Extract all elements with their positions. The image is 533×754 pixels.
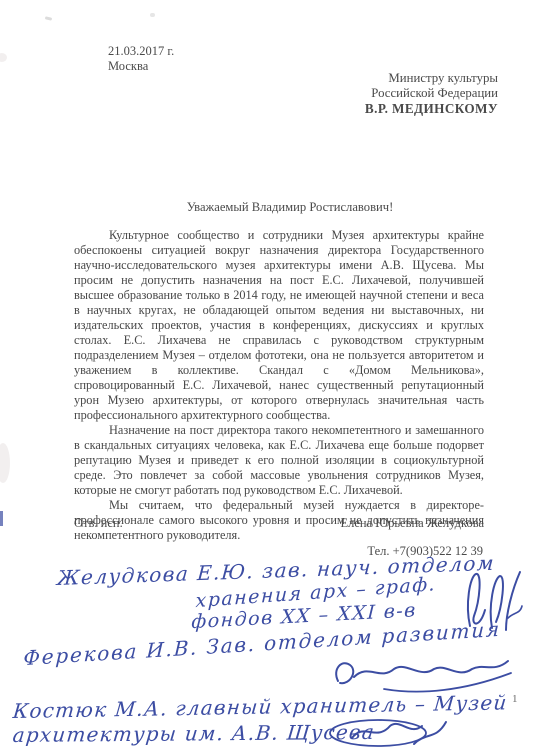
- greeting-line: Уважаемый Владимир Ростиславович!: [75, 200, 505, 215]
- recipient-title-line2: Российской Федерации: [365, 86, 498, 101]
- scan-smudge: [0, 443, 10, 483]
- handwritten-note-kostyuk-line2: архитектуры им. А.В. Щусева: [12, 720, 376, 747]
- scan-speck: [45, 16, 52, 20]
- scanned-letter-page: 21.03.2017 г. Москва Министру культуры Р…: [0, 0, 533, 754]
- scan-speck: [150, 13, 155, 17]
- letter-date: 21.03.2017 г.: [108, 44, 174, 59]
- scan-smudge: [0, 53, 7, 62]
- signature-kostyuk: [326, 714, 448, 754]
- recipient-name: В.Р. МЕДИНСКОМУ: [365, 101, 498, 116]
- responsible-label: Отв. исп.: [74, 516, 123, 531]
- recipient-title-line1: Министру культуры: [365, 71, 498, 86]
- signature-kostyuk-strokes: [326, 714, 448, 750]
- date-block: 21.03.2017 г. Москва: [108, 44, 174, 74]
- executor-name: Елена Юрьевна Желудкова: [340, 516, 484, 531]
- letter-body: Культурное сообщество и сотрудники Музея…: [74, 228, 484, 543]
- letter-city: Москва: [108, 59, 174, 74]
- paragraph-1: Культурное сообщество и сотрудники Музея…: [74, 228, 484, 423]
- paragraph-2: Назначение на пост директора такого неко…: [74, 423, 484, 498]
- recipient-block: Министру культуры Российской Федерации В…: [365, 71, 498, 116]
- edge-ink-mark: [0, 511, 3, 526]
- page-number: 1: [512, 693, 518, 705]
